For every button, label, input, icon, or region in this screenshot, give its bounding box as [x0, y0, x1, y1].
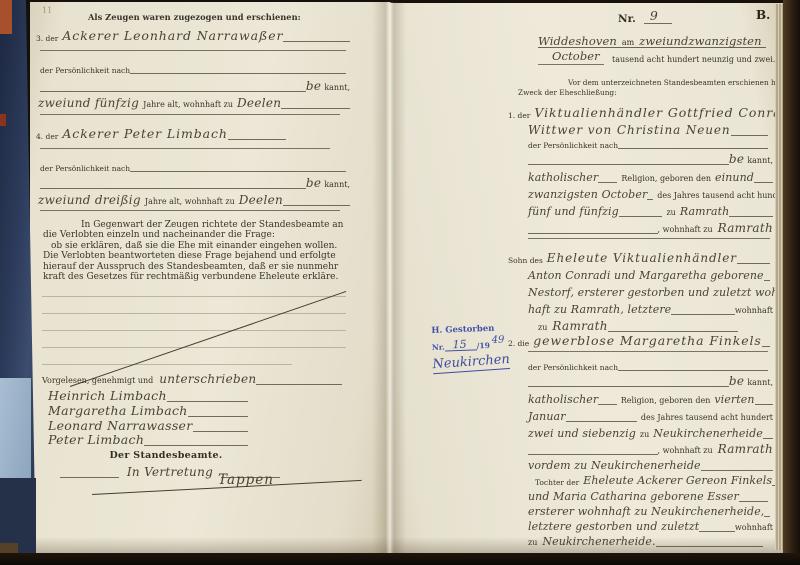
- record-day: zweiundzwanzigsten: [639, 36, 761, 48]
- ruled-fill: [528, 161, 729, 165]
- closing-row: Vorgelesen, genehmigt und unterschrieben: [42, 370, 342, 385]
- groom-status: Wittwer von Christina Neuen: [528, 124, 731, 136]
- groom-parents2: Anton Conradi und Margaretha geborene: [528, 270, 764, 281]
- witness3-name: Ackerer Leonhard Narrawaßer: [62, 30, 283, 43]
- tochter-label: Tochter der: [535, 479, 579, 487]
- bride-former-residence-row: vordem zu Neukirchenerheide: [528, 456, 773, 471]
- groom-parents4: haft zu Ramrath, letztere: [528, 304, 671, 315]
- zu-label: zu: [528, 539, 537, 547]
- closing-handwritten: unterschrieben: [159, 373, 256, 385]
- ruled-fill: [647, 196, 653, 200]
- bride-name: gewerblose Margaretha Finkels: [533, 335, 762, 348]
- book-gutter: [372, 2, 406, 553]
- declaration-line: kraft des Gesetzes für rechtmäßig verbun…: [43, 272, 349, 282]
- witness3-residence: Deelen: [237, 97, 281, 109]
- witness4-bekannt-row: be kannt,: [40, 175, 350, 189]
- ruled-fill: [598, 401, 616, 405]
- ruled-fill: [737, 260, 770, 264]
- witness4-age-row: zweiund dreißig Jahre alt, wohnhaft zu D…: [38, 190, 350, 206]
- ruled-fill: [40, 88, 306, 92]
- bekannt-label: kannt,: [324, 181, 350, 189]
- background-speck: [0, 114, 6, 126]
- bride-name-row: 2. die gewerblose Margaretha Finkels: [508, 330, 770, 347]
- bride-birthyear-row: zwei und siebenzig zu Neukirchenerheide: [528, 423, 773, 439]
- ruled-line: [42, 296, 346, 297]
- ruled-fill: [762, 343, 770, 347]
- ruled-line: [528, 351, 768, 352]
- identity-label: der Persönlichkeit nach: [528, 142, 618, 150]
- bride-birth-month: Januar: [528, 411, 566, 422]
- ruled-fill: [656, 543, 763, 547]
- declaration-paragraph: In Gegenwart der Zeugen richtete der Sta…: [43, 220, 349, 282]
- groom-parents1: Eheleute Viktualienhändler: [547, 252, 737, 264]
- ruled-fill: [619, 213, 663, 217]
- ruled-line: [42, 330, 346, 331]
- witness3-identity-row: der Persönlichkeit nach: [40, 62, 346, 74]
- ruled-fill: [130, 168, 346, 172]
- signature-witness4: Peter Limbach: [48, 434, 144, 447]
- witness4-name: Ackerer Peter Limbach: [62, 128, 228, 141]
- bride-residence-row: , wohnhaft zu Ramrath: [528, 440, 773, 455]
- bekannt-hand: be: [729, 153, 744, 165]
- bekannt-label: kannt,: [324, 84, 350, 92]
- loose-paper-edge: [0, 378, 31, 478]
- record-place: Widdeshoven: [538, 36, 617, 48]
- bride-parents-row2: und Maria Catharina geborene Esser: [528, 487, 768, 502]
- ruled-fill: [566, 418, 637, 422]
- declaration-line: ob sie erklären, daß sie die Ehe mit ein…: [43, 241, 349, 251]
- bride-residence: Ramrath: [718, 443, 773, 455]
- bride-parents-row4: letztere gestorben und zuletzt wohnhaft: [528, 517, 773, 532]
- ruled-fill: [144, 442, 248, 446]
- signature-groom: Heinrich Limbach: [48, 390, 167, 403]
- death-stamp-nr-value: 15: [444, 338, 476, 351]
- signature-witness3: Leonard Narrawasser: [48, 420, 193, 433]
- year-label: des Jahres tausend acht hundert: [657, 192, 783, 200]
- ruled-fill: [283, 38, 350, 42]
- bride-identity-row: der Persönlichkeit nach: [528, 359, 768, 371]
- age-label: Jahre alt, wohnhaft zu: [145, 198, 235, 206]
- witness-heading: Als Zeugen waren zugezogen und erschiene…: [88, 12, 301, 22]
- shadow-bottom: [0, 553, 800, 565]
- ruled-line: [40, 210, 340, 211]
- groom-parents-row1: Sohn des Eheleute Viktualienhändler: [508, 248, 770, 264]
- death-stamp: H. Gestorben Nr. 15 /19 49 Neukirchen: [431, 322, 545, 373]
- ruled-fill: [283, 202, 350, 206]
- ruled-fill: [729, 213, 773, 217]
- ruled-fill: [130, 70, 346, 74]
- record-year: tausend acht hundert neunzig und zwei.: [612, 55, 775, 64]
- ruled-fill: [618, 367, 768, 371]
- date-place-row: Widdeshoven am zweiundzwanzigsten: [538, 29, 766, 48]
- declaration-line: hierauf der Ausspruch des Standesbeamten…: [43, 262, 349, 272]
- death-stamp-number-row: Nr. 15 /19 49: [432, 336, 544, 352]
- ruled-fill: [764, 277, 770, 281]
- groom-religion-row: katholischer Religion, geboren den einun…: [528, 167, 773, 183]
- groom-birth-day1: einund: [715, 172, 754, 183]
- record-month: October: [552, 49, 600, 63]
- bekannt-hand: be: [306, 177, 321, 189]
- groom-residence-row: , wohnhaft zu Ramrath: [528, 218, 773, 234]
- wohnhaft-label: wohnhaft: [735, 307, 773, 315]
- death-stamp-nr-label: Nr.: [432, 343, 445, 352]
- book-edge-right: [783, 0, 800, 565]
- signature-row: Margaretha Limbach: [48, 403, 248, 417]
- groom-name-row: 1. der Viktualienhändler Gottfried Conra…: [508, 102, 770, 119]
- ruled-fill: [754, 179, 773, 183]
- witness3-name-row: 3. der Ackerer Leonhard Narrawaßer: [36, 26, 350, 42]
- ruled-fill: [731, 132, 768, 136]
- residence-label: , wohnhaft zu: [658, 447, 713, 455]
- bride-parents-row3: ersterer wohnhaft zu Neukirchenerheide,: [528, 502, 768, 517]
- witness3-prefix: 3. der: [36, 35, 58, 43]
- bride-bekannt-row: be kannt,: [528, 373, 773, 387]
- groom-parents-row2: Anton Conradi und Margaretha geborene: [528, 265, 768, 281]
- bride-parents3: ersterer wohnhaft zu Neukirchenerheide,: [528, 506, 764, 517]
- ruled-line: [538, 64, 604, 65]
- intro-line: Vor dem unterzeichneten Standesbeamten e…: [518, 78, 783, 88]
- groom-birth-place: Ramrath: [680, 206, 730, 217]
- intro-line: Zweck der Eheschließung:: [518, 88, 783, 98]
- ruled-line: [40, 148, 330, 149]
- groom-parents3: Nestorf, ersterer gestorben und zuletzt …: [528, 287, 783, 298]
- bride-birthmonth-row: Januar des Jahres tausend acht hundert: [528, 406, 773, 422]
- intro-paragraph: Vor dem unterzeichneten Standesbeamten e…: [518, 78, 783, 98]
- bride-parents1: Eheleute Ackerer Gereon Finkels: [583, 475, 772, 486]
- zu-label: zu: [640, 431, 649, 439]
- death-stamp-year-prefix: /19: [477, 341, 490, 350]
- religion-label: Religion, geboren den: [621, 397, 711, 405]
- sohn-label: Sohn des: [508, 257, 543, 265]
- ruled-fill: [60, 474, 119, 478]
- witness4-residence: Deelen: [239, 194, 283, 206]
- year-label: des Jahres tausend acht hundert: [641, 414, 773, 422]
- bekannt-hand: be: [306, 80, 321, 92]
- ruled-fill: [40, 185, 306, 189]
- zu-label: zu: [666, 209, 675, 217]
- ruled-fill: [281, 105, 350, 109]
- groom-parents-row4: haft zu Ramrath, letztere wohnhaft: [528, 299, 773, 315]
- groom-parents-row3: Nestorf, ersterer gestorben und zuletzt …: [528, 282, 768, 298]
- ruled-fill: [256, 381, 342, 385]
- witness4-prefix: 4. der: [36, 133, 58, 141]
- bride-birth-place: Neukirchenerheide: [653, 428, 763, 439]
- signature-row: Heinrich Limbach: [48, 388, 248, 402]
- groom-status-row: Wittwer von Christina Neuen: [528, 120, 768, 136]
- death-stamp-place: Neukirchen: [432, 352, 510, 374]
- age-label: Jahre alt, wohnhaft zu: [143, 101, 233, 109]
- left-page: 11 Als Zeugen waren zugezogen und erschi…: [30, 2, 390, 553]
- groom-birth-day2: zwanzigsten October: [528, 189, 647, 200]
- form-letter: B.: [756, 8, 770, 22]
- bride-religion-row: katholischer Religion, geboren den viert…: [528, 389, 773, 405]
- death-stamp-title: H. Gestorben: [431, 322, 543, 336]
- bride-parents4: letztere gestorben und zuletzt: [528, 521, 699, 532]
- ruled-line: [42, 313, 346, 314]
- bride-parents5: Neukirchenerheide.: [542, 536, 655, 547]
- ruled-line: [42, 364, 292, 365]
- death-stamp-year-value: 49: [492, 335, 505, 345]
- ruled-fill: [763, 435, 773, 439]
- declaration-line: die Verlobten einzeln und nacheinander d…: [43, 230, 349, 240]
- am-label: am: [622, 39, 634, 47]
- ruled-fill: [528, 230, 658, 234]
- page-number: 11: [42, 6, 52, 15]
- residence-label: , wohnhaft zu: [658, 226, 713, 234]
- groom-birthyear-row: fünf und fünfzig zu Ramrath: [528, 201, 773, 217]
- ruled-line: [40, 114, 340, 115]
- groom-prefix: 1. der: [508, 112, 530, 120]
- register-photo: 11 Als Zeugen waren zugezogen und erschi…: [0, 0, 800, 565]
- ruled-fill: [671, 311, 735, 315]
- groom-name: Viktualienhändler Gottfried Conradi: [534, 107, 783, 120]
- groom-identity-row: der Persönlichkeit nach: [528, 137, 768, 149]
- background-corner: [0, 0, 12, 34]
- witness4-age: zweiund dreißig: [38, 194, 141, 206]
- ruled-fill: [755, 401, 773, 405]
- bride-parents-row1: Tochter der Eheleute Ackerer Gereon Fink…: [535, 471, 783, 486]
- declaration-line: Die Verlobten beantworteten diese Frage …: [43, 251, 349, 261]
- signature-row: Leonard Narrawasser: [48, 418, 248, 432]
- ruled-fill: [528, 383, 729, 387]
- bekannt-label: kannt,: [747, 379, 773, 387]
- witness4-identity-row: der Persönlichkeit nach: [40, 160, 346, 172]
- nr-label: Nr.: [618, 14, 636, 25]
- bride-former-residence: vordem zu Neukirchenerheide: [528, 460, 701, 471]
- ruled-line: [40, 50, 346, 51]
- shadow-top: [390, 0, 783, 3]
- ruled-fill: [167, 398, 248, 402]
- ruled-fill: [528, 451, 658, 455]
- closing-printed: Vorgelesen, genehmigt und: [42, 377, 153, 385]
- wohnhaft-label: wohnhaft: [735, 524, 773, 532]
- groom-birthdate-row: zwanzigsten October des Jahres tausend a…: [528, 184, 773, 200]
- bride-birth-day: vierten: [714, 394, 754, 405]
- bekannt-hand: be: [729, 375, 744, 387]
- deputy-note: In Vertretung: [127, 466, 213, 478]
- witness3-age: zweiund fünfzig: [38, 97, 139, 109]
- bride-parents2: und Maria Catharina geborene Esser: [528, 491, 739, 502]
- groom-bekannt-row: be kannt,: [528, 151, 773, 165]
- religion-label: Religion, geboren den: [621, 175, 711, 183]
- ruled-fill: [618, 145, 768, 149]
- groom-birth-year: fünf und fünfzig: [528, 206, 619, 217]
- identity-label: der Persönlichkeit nach: [40, 67, 130, 75]
- witness4-name-row: 4. der Ackerer Peter Limbach: [36, 124, 286, 140]
- nr-value: 9: [644, 10, 672, 25]
- declaration-line: In Gegenwart der Zeugen richtete der Sta…: [43, 220, 349, 230]
- ruled-fill: [188, 413, 248, 417]
- groom-residence: Ramrath: [718, 222, 773, 234]
- bride-birth-year: zwei und siebenzig: [528, 428, 636, 439]
- ruled-fill: [598, 179, 617, 183]
- witness3-age-row: zweiund fünfzig Jahre alt, wohnhaft zu D…: [38, 93, 350, 109]
- right-page: Nr. 9 B. Widdeshoven am zweiundzwanzigst…: [390, 2, 783, 553]
- signature-bride: Margaretha Limbach: [48, 405, 188, 418]
- signature-row: Peter Limbach: [48, 432, 248, 446]
- ruled-line: [42, 347, 346, 348]
- ruled-fill: [228, 136, 286, 140]
- section-divider: [528, 238, 770, 239]
- bride-religion: katholischer: [528, 394, 598, 405]
- registrar-label: Der Standesbeamte.: [96, 450, 236, 461]
- groom-religion: katholischer: [528, 172, 598, 183]
- bride-parents-row5: zu Neukirchenerheide.: [528, 532, 763, 547]
- record-number-row: Nr. 9: [618, 8, 672, 24]
- identity-label: der Persönlichkeit nach: [40, 165, 130, 173]
- witness3-bekannt-row: be kannt,: [40, 78, 350, 92]
- bekannt-label: kannt,: [747, 157, 773, 165]
